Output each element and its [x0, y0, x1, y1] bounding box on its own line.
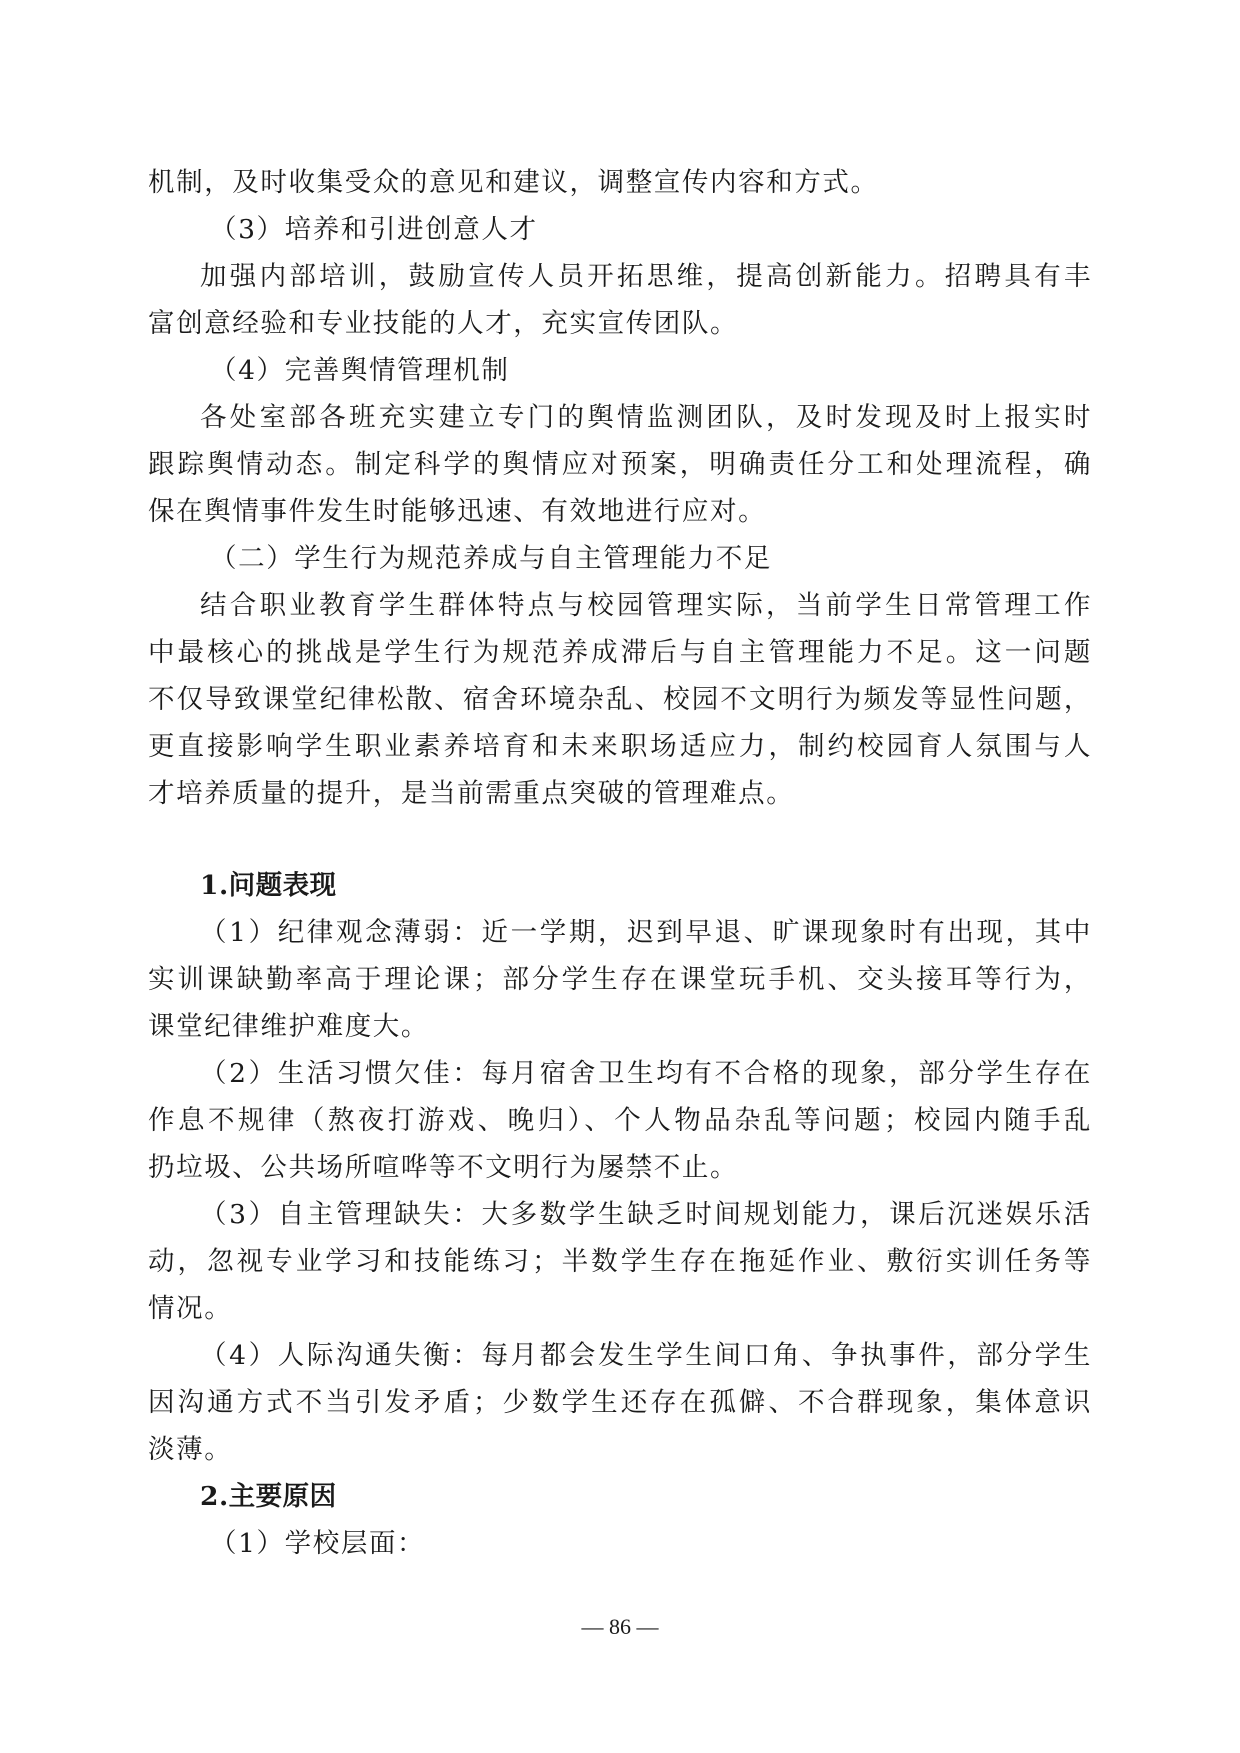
paragraph-line: 富创意经验和专业技能的人才，充实宣传团队。: [148, 304, 1092, 344]
page-number: — 86 —: [0, 1612, 1240, 1642]
paragraph-line: 课堂纪律维护难度大。: [148, 1007, 1092, 1047]
paragraph-line: 作息不规律（熬夜打游戏、晚归）、个人物品杂乱等问题；校园内随手乱: [148, 1101, 1092, 1141]
paragraph-line: 保在舆情事件发生时能够迅速、有效地进行应对。: [148, 492, 1092, 532]
subsection-heading: （3）培养和引进创意人才: [210, 210, 1154, 250]
paragraph-line: 才培养质量的提升，是当前需重点突破的管理难点。: [148, 774, 1092, 814]
heading-main-causes: 2.主要原因: [200, 1477, 1144, 1517]
heading-problem-manifestation: 1.问题表现: [200, 866, 1144, 906]
paragraph-line: 中最核心的挑战是学生行为规范养成滞后与自主管理能力不足。这一问题: [148, 633, 1092, 673]
paragraph-line: 扔垃圾、公共场所喧哗等不文明行为屡禁不止。: [148, 1148, 1092, 1188]
paragraph-line: 动，忽视专业学习和技能练习；半数学生存在拖延作业、敷衍实训任务等: [148, 1242, 1092, 1282]
paragraph-line: 不仅导致课堂纪律松散、宿舍环境杂乱、校园不文明行为频发等显性问题，: [148, 680, 1092, 720]
paragraph-line: （2）生活习惯欠佳：每月宿舍卫生均有不合格的现象，部分学生存在: [200, 1054, 1092, 1094]
paragraph-line: 实训课缺勤率高于理论课；部分学生存在课堂玩手机、交头接耳等行为，: [148, 960, 1092, 1000]
paragraph-line: 跟踪舆情动态。制定科学的舆情应对预案，明确责任分工和处理流程，确: [148, 445, 1092, 485]
paragraph-line: 加强内部培训，鼓励宣传人员开拓思维，提高创新能力。招聘具有丰: [200, 257, 1092, 297]
paragraph-line: （4）人际沟通失衡：每月都会发生学生间口角、争执事件，部分学生: [200, 1336, 1092, 1376]
paragraph-line: 结合职业教育学生群体特点与校园管理实际，当前学生日常管理工作: [200, 586, 1092, 626]
paragraph-line: 因沟通方式不当引发矛盾；少数学生还存在孤僻、不合群现象，集体意识: [148, 1383, 1092, 1423]
subsection-heading: （4）完善舆情管理机制: [210, 351, 1154, 391]
paragraph-line: （3）自主管理缺失：大多数学生缺乏时间规划能力，课后沉迷娱乐活: [200, 1195, 1092, 1235]
paragraph-line: 各处室部各班充实建立专门的舆情监测团队，及时发现及时上报实时: [200, 398, 1092, 438]
section-heading: （二）学生行为规范养成与自主管理能力不足: [210, 539, 1154, 579]
paragraph-line: 更直接影响学生职业素养培育和未来职场适应力，制约校园育人氛围与人: [148, 727, 1092, 767]
subsection-heading: （1）学校层面：: [210, 1524, 1154, 1564]
paragraph-line: （1）纪律观念薄弱：近一学期，迟到早退、旷课现象时有出现，其中: [200, 913, 1092, 953]
paragraph-line: 机制，及时收集受众的意见和建议，调整宣传内容和方式。: [148, 163, 1092, 203]
paragraph-line: 淡薄。: [148, 1430, 1092, 1470]
paragraph-line: 情况。: [148, 1289, 1092, 1329]
